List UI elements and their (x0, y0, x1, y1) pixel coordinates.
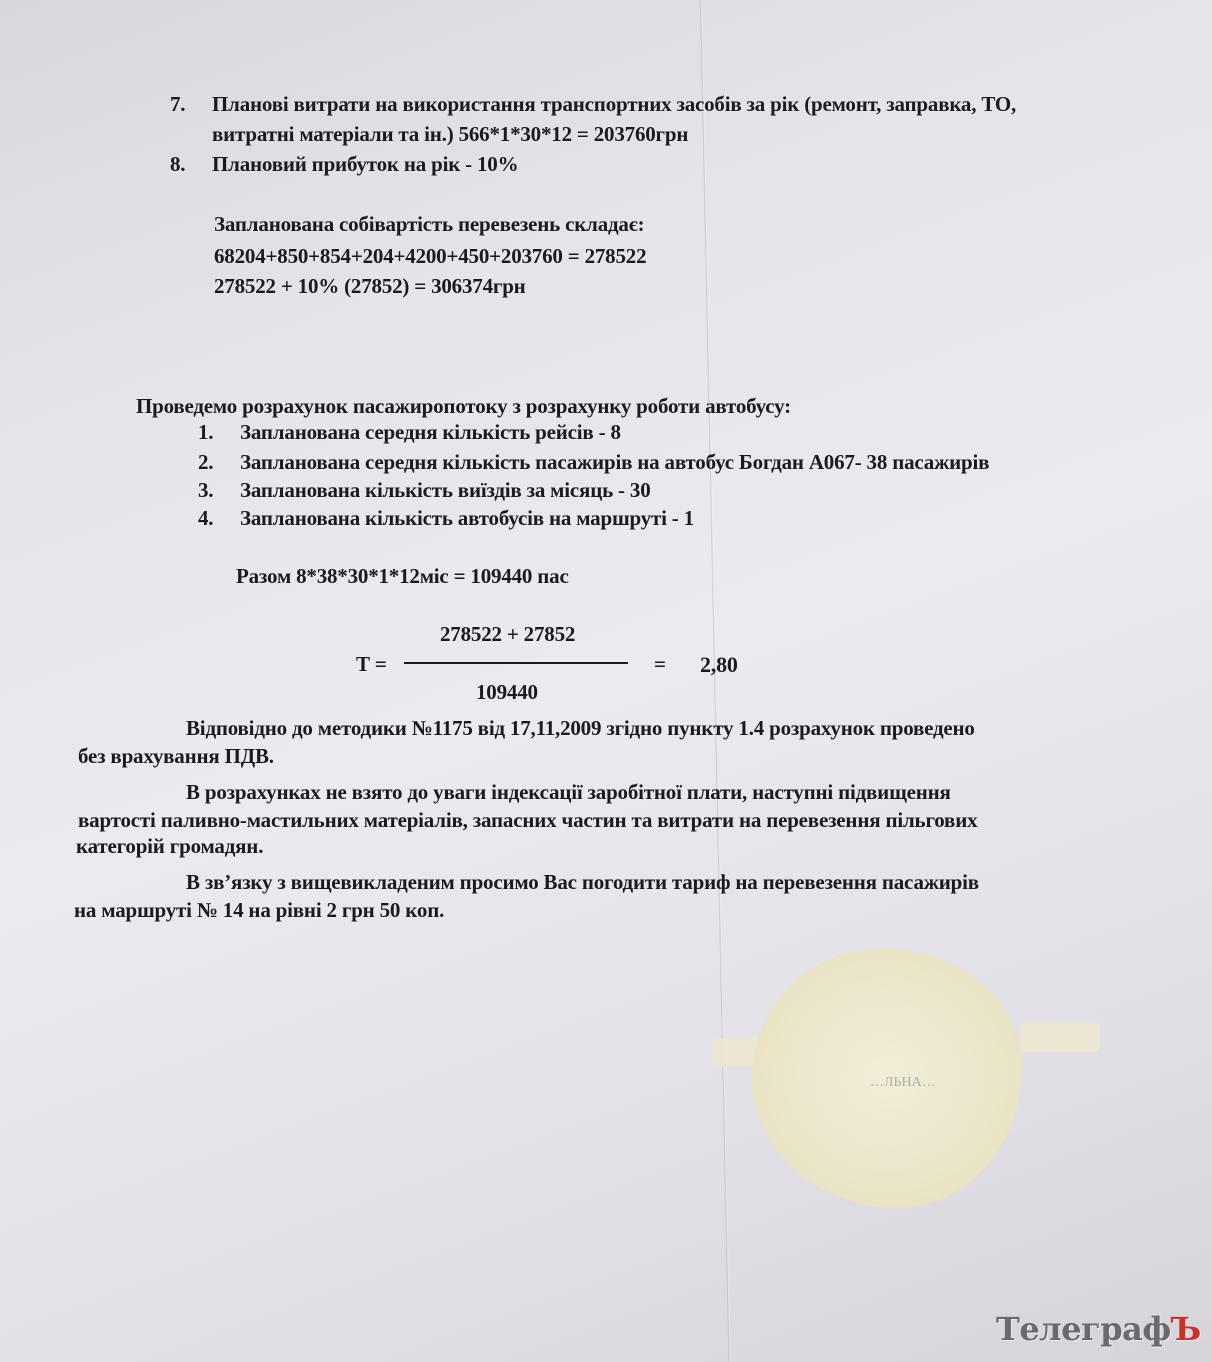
telegraf-watermark-logo: ТелеграфЪ (996, 1310, 1201, 1348)
paragraph-2-line-2: вартості паливно-мастильних матеріалів, … (78, 808, 977, 833)
formula-denominator: 109440 (476, 680, 538, 705)
cost-item-8: 8.Плановий прибуток на рік - 10% (170, 152, 518, 177)
item-text: Планові витрати на використання транспор… (212, 92, 1016, 116)
logo-accent-letter: Ъ (1171, 1310, 1201, 1348)
item-number: 3. (198, 478, 240, 503)
item-text: Запланована середня кількість пасажирів … (240, 450, 989, 474)
formula-lhs: Т = (356, 652, 387, 677)
stamp-text: …ЛЬНА… (870, 1075, 936, 1091)
paragraph-1-line-2: без врахування ПДВ. (78, 744, 274, 769)
item-number: 4. (198, 506, 240, 531)
paragraph-3-line-2: на маршруті № 14 на рівні 2 грн 50 коп. (74, 898, 444, 923)
cost-item-7: 7.Планові витрати на використання трансп… (170, 92, 1016, 117)
item-number: 2. (198, 450, 240, 475)
item-number: 7. (170, 92, 212, 117)
scanned-document-page: 7.Планові витрати на використання трансп… (0, 0, 1212, 1362)
cost-item-7-continued: витратні матеріали та ін.) 566*1*30*12 =… (212, 122, 688, 147)
paragraph-2-line-3: категорій громадян. (76, 834, 263, 859)
formula-numerator: 278522 + 27852 (440, 622, 575, 647)
passenger-item-3: 3.Запланована кількість виїздів за місяц… (198, 478, 651, 503)
passenger-heading: Проведемо розрахунок пасажиропотоку з ро… (136, 394, 791, 419)
item-text: Запланована середня кількість рейсів - 8 (240, 420, 621, 444)
passenger-item-4: 4.Запланована кількість автобусів на мар… (198, 506, 694, 531)
stamp-smudge-right (1020, 1022, 1100, 1052)
cost-sum: 68204+850+854+204+4200+450+203760 = 2785… (214, 244, 646, 269)
cost-heading: Запланована собівартість перевезень скла… (214, 212, 644, 237)
passenger-item-2: 2.Запланована середня кількість пасажирі… (198, 450, 989, 475)
passenger-total: Разом 8*38*30*1*12міс = 109440 пас (236, 564, 569, 589)
fraction-bar (404, 662, 628, 664)
paragraph-1-line-1: Відповідно до методики №1175 від 17,11,2… (186, 716, 975, 741)
item-text: Запланована кількість виїздів за місяць … (240, 478, 651, 502)
cost-total: 278522 + 10% (27852) = 306374грн (214, 274, 526, 299)
item-text: Запланована кількість автобусів на маршр… (240, 506, 694, 530)
item-number: 8. (170, 152, 212, 177)
item-text: Плановий прибуток на рік - 10% (212, 152, 518, 176)
paragraph-3-line-1: В зв’язку з вищевикладеним просимо Вас п… (186, 870, 979, 895)
logo-text: Телеграф (996, 1310, 1171, 1348)
formula-result: 2,80 (700, 652, 738, 678)
passenger-item-1: 1.Запланована середня кількість рейсів -… (198, 420, 621, 445)
formula-equals: = (654, 652, 666, 677)
item-number: 1. (198, 420, 240, 445)
paragraph-2-line-1: В розрахунках не взято до уваги індексац… (186, 780, 951, 805)
paper-fold-line (700, 0, 731, 1362)
